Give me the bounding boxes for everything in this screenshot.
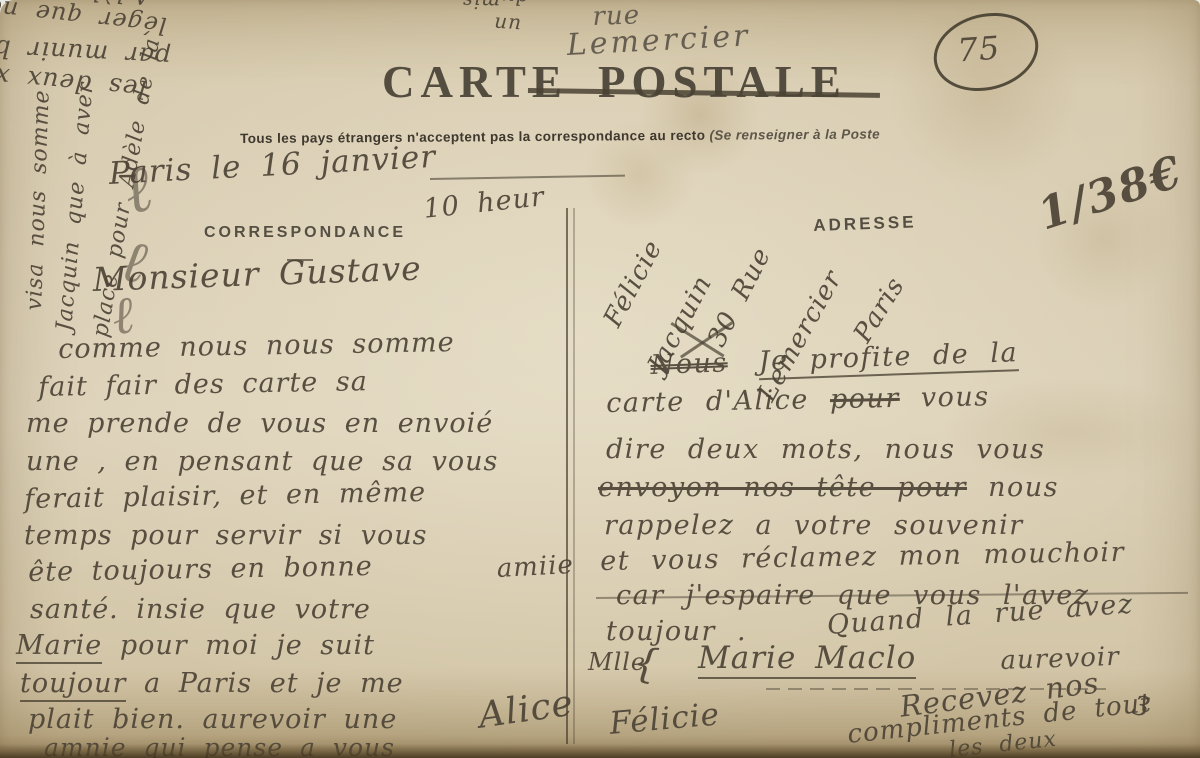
right-line-6: et vous réclamez mon mouchoir — [600, 537, 1125, 577]
dealer-mark-number: 75 — [956, 29, 1001, 70]
margin-line-3: visa nous somme — [22, 89, 55, 311]
left-line-3: me prende de vous en envoié — [26, 408, 493, 439]
left-line-8: santé. insie que votre — [30, 594, 371, 625]
dateline: Paris le 16 janvier — [108, 139, 437, 192]
address-word-felicie: Félicie — [598, 235, 669, 332]
dateline-dash — [430, 175, 625, 180]
toujour-underlined: toujour — [20, 668, 126, 702]
left-line-4: une , en pensant que sa vous — [26, 446, 498, 477]
right-line-5: rappelez a votre souvenir — [604, 510, 1024, 541]
margin-line-2: Jacquin que à aver — [52, 81, 99, 332]
carte-alice-a: carte d'Alice — [606, 384, 809, 419]
felicie-signature: Félicie — [608, 696, 721, 742]
marie-maclo-name: Marie Maclo — [698, 640, 916, 676]
correspondance-label: CORRESPONDANCE — [204, 224, 406, 242]
dealer-mark-oval: 75 — [925, 2, 1046, 101]
left-line-7: ête toujours en bonne — [28, 551, 373, 588]
right-line-2: carte d'Alice pour vous — [606, 381, 990, 419]
notice-main: Tous les pays étrangers n'acceptent pas … — [240, 128, 710, 146]
struck-pour: pour — [830, 383, 900, 415]
top-small-word-3: mis — [461, 0, 500, 14]
left-line-5: ferait plaisir, et en même — [24, 477, 426, 515]
postcard-back: CARTE POSTALE Tous les pays étrangers n'… — [0, 0, 1200, 758]
time-note: 10 heur — [422, 181, 546, 225]
toujour-rest: a Paris et je me — [144, 668, 404, 699]
center-divider-line-1 — [566, 208, 568, 744]
left-line-10: toujour a Paris et je me — [20, 668, 404, 699]
top-small-word-2: un — [492, 12, 521, 38]
mlle-brace: { — [631, 640, 662, 689]
carte-title-left: CARTE — [382, 56, 568, 108]
adresse-label: ADRESSE — [813, 212, 917, 236]
right-line-4: envoyon nos tête pour nous — [598, 472, 1059, 503]
carte-alice-b: vous — [921, 381, 990, 413]
left-line-9: Marie pour moi je suit — [16, 630, 375, 661]
struck-nous: Nous — [650, 347, 728, 381]
marie-maclo-text: Marie Maclo — [698, 640, 916, 679]
amie-word: amiie — [496, 550, 575, 584]
struck-envoyon: envoyon nos tête pour — [598, 472, 967, 503]
left-line-2: fait fair des carte sa — [38, 366, 368, 403]
left-line-6: temps pour servir si vous — [24, 520, 428, 551]
line4-rest: nous — [988, 472, 1059, 503]
address-word-paris: Paris — [848, 272, 911, 348]
price-mark: 1/38€ — [1032, 146, 1189, 240]
center-divider-line-2 — [573, 208, 575, 744]
right-line-3: dire deux mots, nous vous — [606, 434, 1045, 465]
marie-underlined: Marie — [16, 630, 102, 664]
notice-italic: (Se renseigner à la Poste — [709, 127, 880, 143]
bottom-edge-shadow — [0, 744, 1200, 758]
marie-rest: pour moi je suit — [120, 630, 375, 661]
alice-signature: Alice — [476, 683, 576, 737]
carte-title-right: POSTALE — [598, 56, 847, 108]
top-small-word-1: du — [500, 0, 529, 10]
left-line-1: comme nous nous somme — [58, 327, 455, 365]
left-line-11: plait bien. aurevoir une — [28, 704, 397, 735]
